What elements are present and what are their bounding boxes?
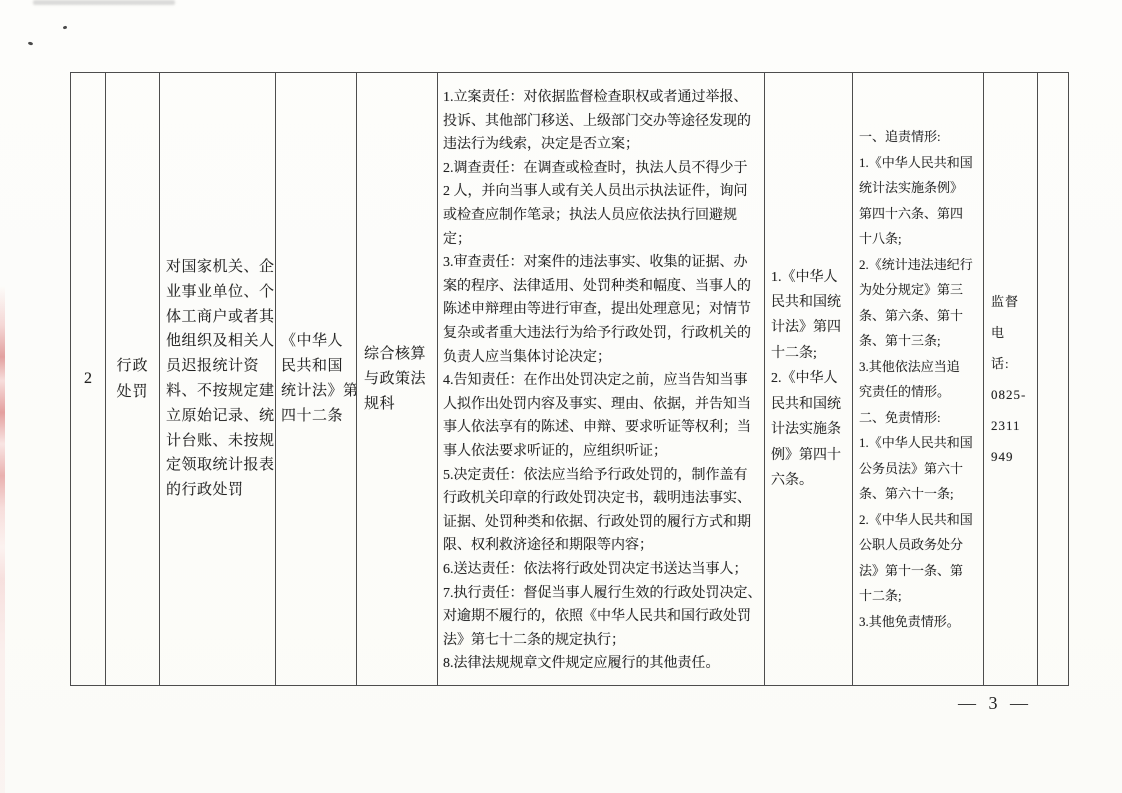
responsible-department-cell: 综合核算 与政策法 规科 [357,73,438,686]
duty-basis: 1.《中华人 民共和国统 计法》第四 十二条; 2.《中华人 民共和国统 计法实… [765,265,852,494]
penalty-duties-table: 2 行政 处罚 对国家机关、企 业事业单位、个 体工商户或者其 他组织及相关人 … [70,72,1069,686]
penalty-category: 行政 处罚 [106,353,159,405]
empty-cell [1038,73,1069,686]
penalty-matter-cell: 对国家机关、企 业事业单位、个 体工商户或者其 他组织及相关人 员迟报统计资 料… [160,73,276,686]
row-index: 2 [71,370,105,388]
responsible-department: 综合核算 与政策法 规科 [357,342,437,417]
penalty-matter: 对国家机关、企 业事业单位、个 体工商户或者其 他组织及相关人 员迟报统计资 料… [160,255,275,503]
legal-basis: 《中华人 民共和国 统计法》第 四十二条 [276,329,356,429]
dust-speck [28,41,34,45]
accountability-cases: 一、追责情形: 1.《中华人民共和国 统计法实施条例》 第四十六条、第四 十八条… [853,124,983,634]
page-number: — 3 — [930,693,1060,714]
red-scan-edge-artifact [0,0,5,793]
legal-basis-cell: 《中华人 民共和国 统计法》第 四十二条 [276,73,357,686]
supervision-phone: 监督 电 话: 0825- 2311 949 [984,286,1037,472]
duties-list: 1.立案责任：对依据监督检查职权或者通过举报、 投诉、其他部门移送、上级部门交办… [438,82,764,676]
row-index-cell: 2 [71,73,106,686]
supervision-phone-cell: 监督 电 话: 0825- 2311 949 [984,73,1038,686]
scanned-document-page: 2 行政 处罚 对国家机关、企 业事业单位、个 体工商户或者其 他组织及相关人 … [0,0,1122,793]
table-row: 2 行政 处罚 对国家机关、企 业事业单位、个 体工商户或者其 他组织及相关人 … [71,73,1069,686]
duty-basis-cell: 1.《中华人 民共和国统 计法》第四 十二条; 2.《中华人 民共和国统 计法实… [765,73,853,686]
accountability-cases-cell: 一、追责情形: 1.《中华人民共和国 统计法实施条例》 第四十六条、第四 十八条… [853,73,984,686]
penalty-category-cell: 行政 处罚 [106,73,160,686]
top-smudge-artifact [33,0,175,5]
dust-speck [63,25,68,29]
duties-list-cell: 1.立案责任：对依据监督检查职权或者通过举报、 投诉、其他部门移送、上级部门交办… [438,73,765,686]
